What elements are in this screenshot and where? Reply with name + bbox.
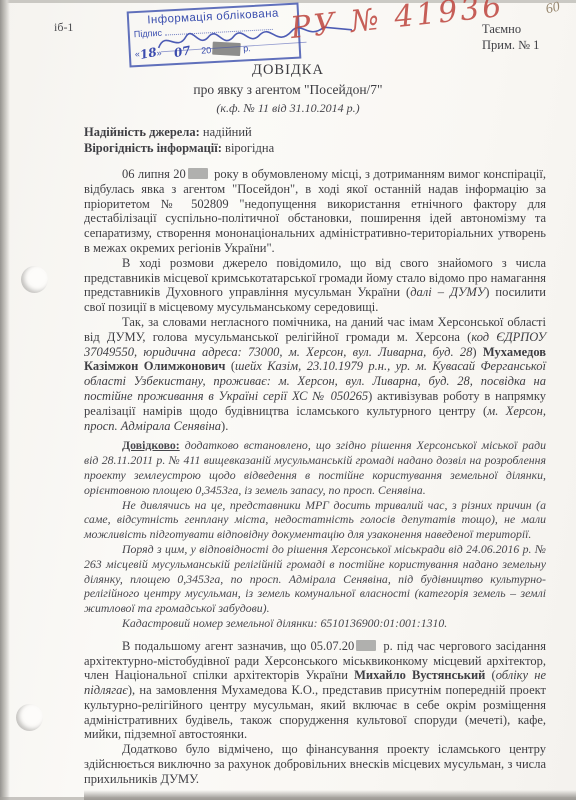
text-run: ) [472,345,482,359]
hole-punch-top [21,266,48,293]
document-body: 06 липня 20 року в обумовленому місці, з… [84,167,546,787]
secrecy-level: Таємно [482,21,539,37]
paragraph: Не дивлячись на це, представники МРГ дос… [84,498,546,542]
scanned-page: іб-1 Інформація облікована Підпис «18» 0… [0,0,576,800]
text-run: ), на замовлення Мухамедова К.О., предст… [84,683,546,741]
hole-punch-bottom [16,704,43,731]
paragraph: Поряд з цим, у відповідності до рішення … [84,542,546,616]
text-run: ( [225,359,235,373]
information-registered-stamp: Інформація облікована Підпис «18» 07 20р… [127,3,302,68]
paragraph: Довідково: додатково встановлено, що згі… [84,438,546,497]
redaction-box [188,168,208,179]
registration-number-handwritten: РУ № 41936 [289,0,506,46]
source-reliability-line: Надійність джерела: надійний [84,124,274,140]
source-reliability-label: Надійність джерела: [84,125,200,139]
copy-number: Прим. № 1 [482,37,539,53]
scan-edge-left [0,0,10,800]
paragraph: 06 липня 20 року в обумовленому місці, з… [84,167,546,256]
info-credibility-value: вірогідна [222,141,274,155]
redaction-box [356,640,376,651]
case-file-reference: (к.ф. № 11 від 31.10.2014 р.) [0,101,576,116]
paragraph: Так, за словами негласного помічника, на… [84,315,546,433]
text-run: В подальшому агент зазначив, що 05.07.20 [122,639,354,653]
paragraph: Додатково було відмічено, що фінансуванн… [84,742,546,786]
paragraph: Кадастровий номер земельної ділянки: 651… [84,616,546,631]
info-credibility-label: Вірогідність інформації: [84,141,222,155]
text-run: Поряд з цим, у відповідності до рішення … [84,542,546,615]
pencil-page-number: 60 [544,0,561,18]
text-run: ). [221,419,228,433]
text-run: 06 липня 20 [122,167,186,181]
text-run: ( [485,668,495,682]
form-code: іб-1 [54,20,73,35]
secrecy-block: Таємно Прим. № 1 [482,21,539,53]
source-reliability-value: надійний [200,125,252,139]
text-run: Не дивлячись на це, представники МРГ дос… [84,498,546,542]
title-block: ДОВІДКА про явку з агентом "Посейдон/7" … [0,62,576,116]
text-run: Додатково було відмічено, що фінансуванн… [84,742,546,786]
text-run: далі – ДУМУ [410,285,485,299]
handwritten-day: 18 [139,45,158,62]
reliability-block: Надійність джерела: надійний Вірогідніст… [84,124,274,156]
text-run: Михайло Вустянський [354,668,485,682]
text-run: Кадастровий номер земельної ділянки: 651… [122,616,447,630]
document-title: ДОВІДКА [0,62,576,79]
info-credibility-line: Вірогідність інформації: вірогідна [84,140,274,156]
paragraph: В подальшому агент зазначив, що 05.07.20… [84,639,546,743]
paragraph: В ході розмови джерело повідомило, що ві… [84,256,546,315]
text-run: Довідково: [122,438,180,452]
document-subtitle: про явку з агентом "Посейдон/7" [0,82,576,98]
